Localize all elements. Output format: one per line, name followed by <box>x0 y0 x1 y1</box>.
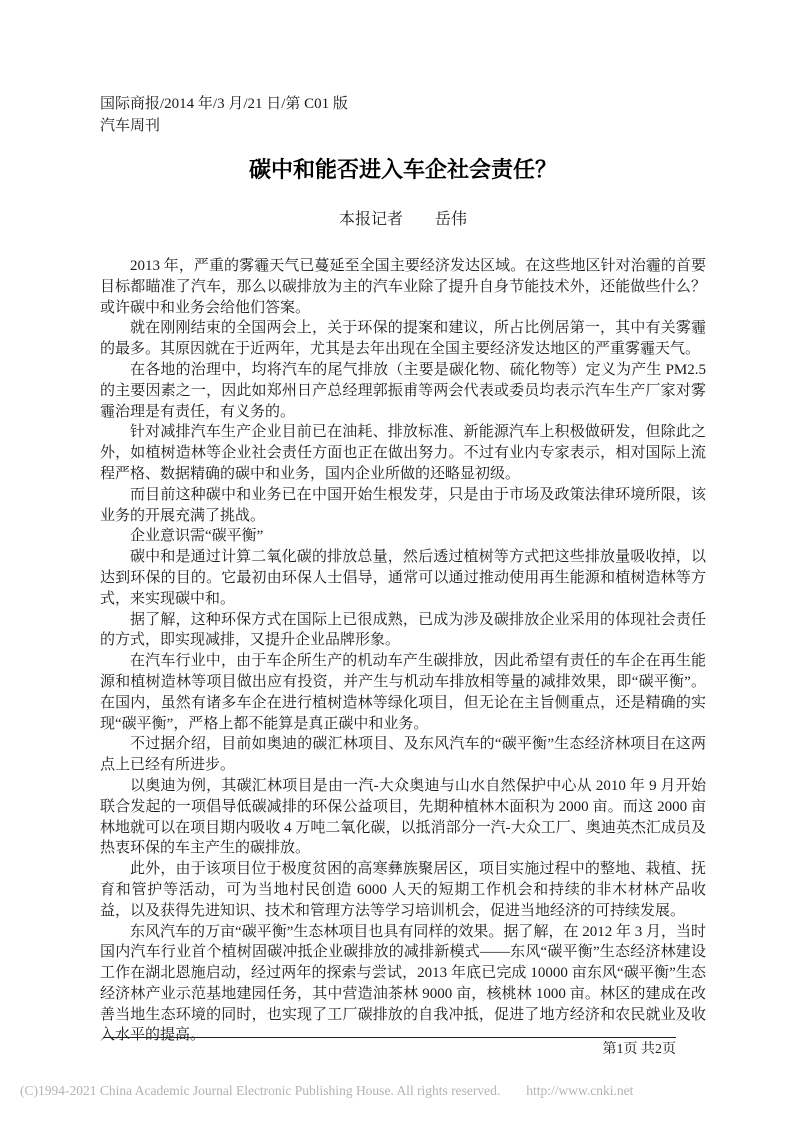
document-page: 国际商报/2014 年/3 月/21 日/第 C01 版 汽车周刊 碳中和能否进… <box>0 0 793 1122</box>
article-paragraph: 就在刚刚结束的全国两会上，关于环保的提案和建议，所占比例居第一，其中有关雾霾的最… <box>100 318 706 360</box>
article-paragraph: 在汽车行业中，由于车企所生产的机动车产生碳排放，因此希望有责任的车企在再生能源和… <box>100 651 706 734</box>
article-paragraph: 企业意识需“碳平衡” <box>100 526 706 547</box>
page-content: 国际商报/2014 年/3 月/21 日/第 C01 版 汽车周刊 碳中和能否进… <box>100 93 706 1046</box>
section-line: 汽车周刊 <box>100 115 706 137</box>
source-line: 国际商报/2014 年/3 月/21 日/第 C01 版 <box>100 93 706 115</box>
byline: 本报记者 岳伟 <box>100 209 706 231</box>
article-paragraph: 2013 年，严重的雾霾天气已蔓延至全国主要经济发达区域。在这些地区针对治霾的首… <box>100 256 706 318</box>
article-paragraph: 东风汽车的万亩“碳平衡”生态林项目也具有同样的效果。据了解，在 2012 年 3… <box>100 922 706 1047</box>
article-paragraph: 据了解，这种环保方式在国际上已很成熟，已成为涉及碳排放企业采用的体现社会责任的方… <box>100 610 706 652</box>
article-paragraph: 不过据介绍，目前如奥迪的碳汇林项目、及东风汽车的“碳平衡”生态经济林项目在这两点… <box>100 734 706 776</box>
article-paragraph: 碳中和是通过计算二氧化碳的排放总量，然后透过植树等方式把这些排放量吸收掉，以达到… <box>100 547 706 609</box>
article-paragraph: 而目前这种碳中和业务已在中国开始生根发芽，只是由于市场及政策法律环境所限，该业务… <box>100 485 706 527</box>
article-body: 2013 年，严重的雾霾天气已蔓延至全国主要经济发达区域。在这些地区针对治霾的首… <box>100 256 706 1046</box>
page-indicator: 第1页 共2页 <box>603 1042 677 1057</box>
article-paragraph: 在各地的治理中，均将汽车的尾气排放（主要是碳化物、硫化物等）定义为产生 PM2.… <box>100 360 706 422</box>
article-paragraph: 以奥迪为例，其碳汇林项目是由一汽-大众奥迪与山水自然保护中心从 2010 年 9… <box>100 776 706 859</box>
article-paragraph: 针对减排汽车生产企业目前已在油耗、排放标准、新能源汽车上积极做研发，但除此之外，… <box>100 422 706 484</box>
cnki-url: http://www.cnki.net <box>526 1083 633 1098</box>
article-paragraph: 此外，由于该项目位于极度贫困的高寒彝族聚居区，项目实施过程中的整地、栽植、抚育和… <box>100 859 706 921</box>
page-footer: 第1页 共2页 <box>103 1037 676 1058</box>
article-title: 碳中和能否进入车企社会责任？ <box>100 156 706 184</box>
copyright-text: (C)1994-2021 China Academic Journal Elec… <box>20 1083 500 1098</box>
watermark: (C)1994-2021 China Academic Journal Elec… <box>20 1083 633 1099</box>
